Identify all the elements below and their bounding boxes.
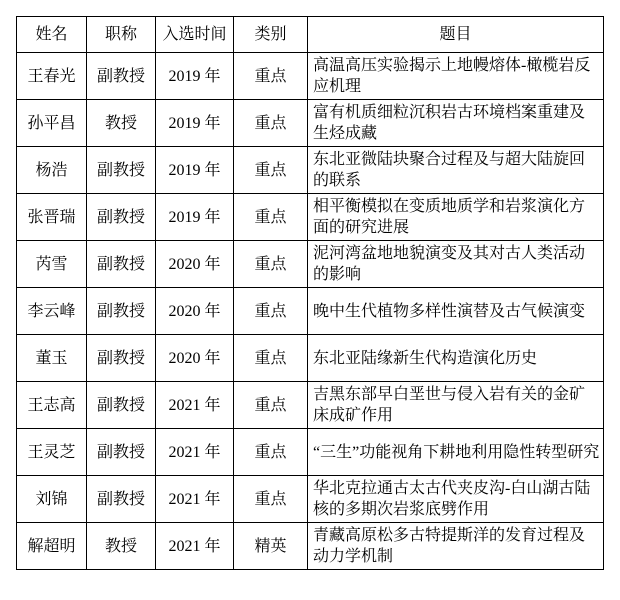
table-row: 王志高副教授2021 年重点吉黑东部早白垩世与侵入岩有关的金矿床成矿作用 <box>17 382 604 429</box>
category-cell: 重点 <box>234 100 308 147</box>
header-name: 姓名 <box>17 17 87 53</box>
topic-cell: 泥河湾盆地地貌演变及其对古人类活动的影响 <box>308 241 604 288</box>
year-cell: 2021 年 <box>156 429 234 476</box>
name-cell: 王志高 <box>17 382 87 429</box>
year-cell: 2020 年 <box>156 335 234 382</box>
title-cell: 副教授 <box>87 53 156 100</box>
topic-cell: 东北亚陆缘新生代构造演化历史 <box>308 335 604 382</box>
title-cell: 教授 <box>87 523 156 570</box>
year-cell: 2019 年 <box>156 147 234 194</box>
table-row: 刘锦副教授2021 年重点华北克拉通古太古代夹皮沟-白山湖古陆核的多期次岩浆底劈… <box>17 476 604 523</box>
category-cell: 重点 <box>234 147 308 194</box>
category-cell: 重点 <box>234 429 308 476</box>
year-cell: 2021 年 <box>156 382 234 429</box>
table-row: 解超明教授2021 年精英青藏高原松多古特提斯洋的发育过程及动力学机制 <box>17 523 604 570</box>
table-row: 李云峰副教授2020 年重点晚中生代植物多样性演替及古气候演变 <box>17 288 604 335</box>
name-cell: 解超明 <box>17 523 87 570</box>
category-cell: 精英 <box>234 523 308 570</box>
title-cell: 副教授 <box>87 241 156 288</box>
name-cell: 王春光 <box>17 53 87 100</box>
topic-cell: 高温高压实验揭示上地幔熔体-橄榄岩反应机理 <box>308 53 604 100</box>
table-row: 董玉副教授2020 年重点东北亚陆缘新生代构造演化历史 <box>17 335 604 382</box>
title-cell: 副教授 <box>87 429 156 476</box>
table-row: 杨浩副教授2019 年重点东北亚微陆块聚合过程及与超大陆旋回的联系 <box>17 147 604 194</box>
category-cell: 重点 <box>234 194 308 241</box>
faculty-selection-table: 姓名 职称 入选时间 类别 题目 王春光副教授2019 年重点高温高压实验揭示上… <box>16 16 604 570</box>
table-row: 王灵芝副教授2021 年重点“三生”功能视角下耕地利用隐性转型研究 <box>17 429 604 476</box>
category-cell: 重点 <box>234 288 308 335</box>
header-row: 姓名 职称 入选时间 类别 题目 <box>17 17 604 53</box>
category-cell: 重点 <box>234 241 308 288</box>
year-cell: 2021 年 <box>156 476 234 523</box>
title-cell: 副教授 <box>87 288 156 335</box>
category-cell: 重点 <box>234 382 308 429</box>
name-cell: 董玉 <box>17 335 87 382</box>
year-cell: 2020 年 <box>156 288 234 335</box>
name-cell: 杨浩 <box>17 147 87 194</box>
table-row: 芮雪副教授2020 年重点泥河湾盆地地貌演变及其对古人类活动的影响 <box>17 241 604 288</box>
header-category: 类别 <box>234 17 308 53</box>
name-cell: 刘锦 <box>17 476 87 523</box>
name-cell: 芮雪 <box>17 241 87 288</box>
year-cell: 2021 年 <box>156 523 234 570</box>
year-cell: 2019 年 <box>156 53 234 100</box>
header-title: 职称 <box>87 17 156 53</box>
title-cell: 副教授 <box>87 147 156 194</box>
title-cell: 副教授 <box>87 194 156 241</box>
topic-cell: 富有机质细粒沉积岩古环境档案重建及生烃成藏 <box>308 100 604 147</box>
table-row: 孙平昌教授2019 年重点富有机质细粒沉积岩古环境档案重建及生烃成藏 <box>17 100 604 147</box>
title-cell: 副教授 <box>87 382 156 429</box>
header-selection-year: 入选时间 <box>156 17 234 53</box>
name-cell: 孙平昌 <box>17 100 87 147</box>
topic-cell: “三生”功能视角下耕地利用隐性转型研究 <box>308 429 604 476</box>
topic-cell: 华北克拉通古太古代夹皮沟-白山湖古陆核的多期次岩浆底劈作用 <box>308 476 604 523</box>
name-cell: 张晋瑞 <box>17 194 87 241</box>
header-topic: 题目 <box>308 17 604 53</box>
table-body: 王春光副教授2019 年重点高温高压实验揭示上地幔熔体-橄榄岩反应机理孙平昌教授… <box>17 53 604 570</box>
category-cell: 重点 <box>234 476 308 523</box>
table-row: 王春光副教授2019 年重点高温高压实验揭示上地幔熔体-橄榄岩反应机理 <box>17 53 604 100</box>
topic-cell: 相平衡模拟在变质地质学和岩浆演化方面的研究进展 <box>308 194 604 241</box>
table-row: 张晋瑞副教授2019 年重点相平衡模拟在变质地质学和岩浆演化方面的研究进展 <box>17 194 604 241</box>
category-cell: 重点 <box>234 53 308 100</box>
topic-cell: 吉黑东部早白垩世与侵入岩有关的金矿床成矿作用 <box>308 382 604 429</box>
topic-cell: 东北亚微陆块聚合过程及与超大陆旋回的联系 <box>308 147 604 194</box>
year-cell: 2019 年 <box>156 100 234 147</box>
name-cell: 李云峰 <box>17 288 87 335</box>
title-cell: 副教授 <box>87 476 156 523</box>
title-cell: 副教授 <box>87 335 156 382</box>
title-cell: 教授 <box>87 100 156 147</box>
category-cell: 重点 <box>234 335 308 382</box>
name-cell: 王灵芝 <box>17 429 87 476</box>
year-cell: 2019 年 <box>156 194 234 241</box>
document-page: 姓名 职称 入选时间 类别 题目 王春光副教授2019 年重点高温高压实验揭示上… <box>0 0 620 600</box>
topic-cell: 青藏高原松多古特提斯洋的发育过程及动力学机制 <box>308 523 604 570</box>
year-cell: 2020 年 <box>156 241 234 288</box>
topic-cell: 晚中生代植物多样性演替及古气候演变 <box>308 288 604 335</box>
